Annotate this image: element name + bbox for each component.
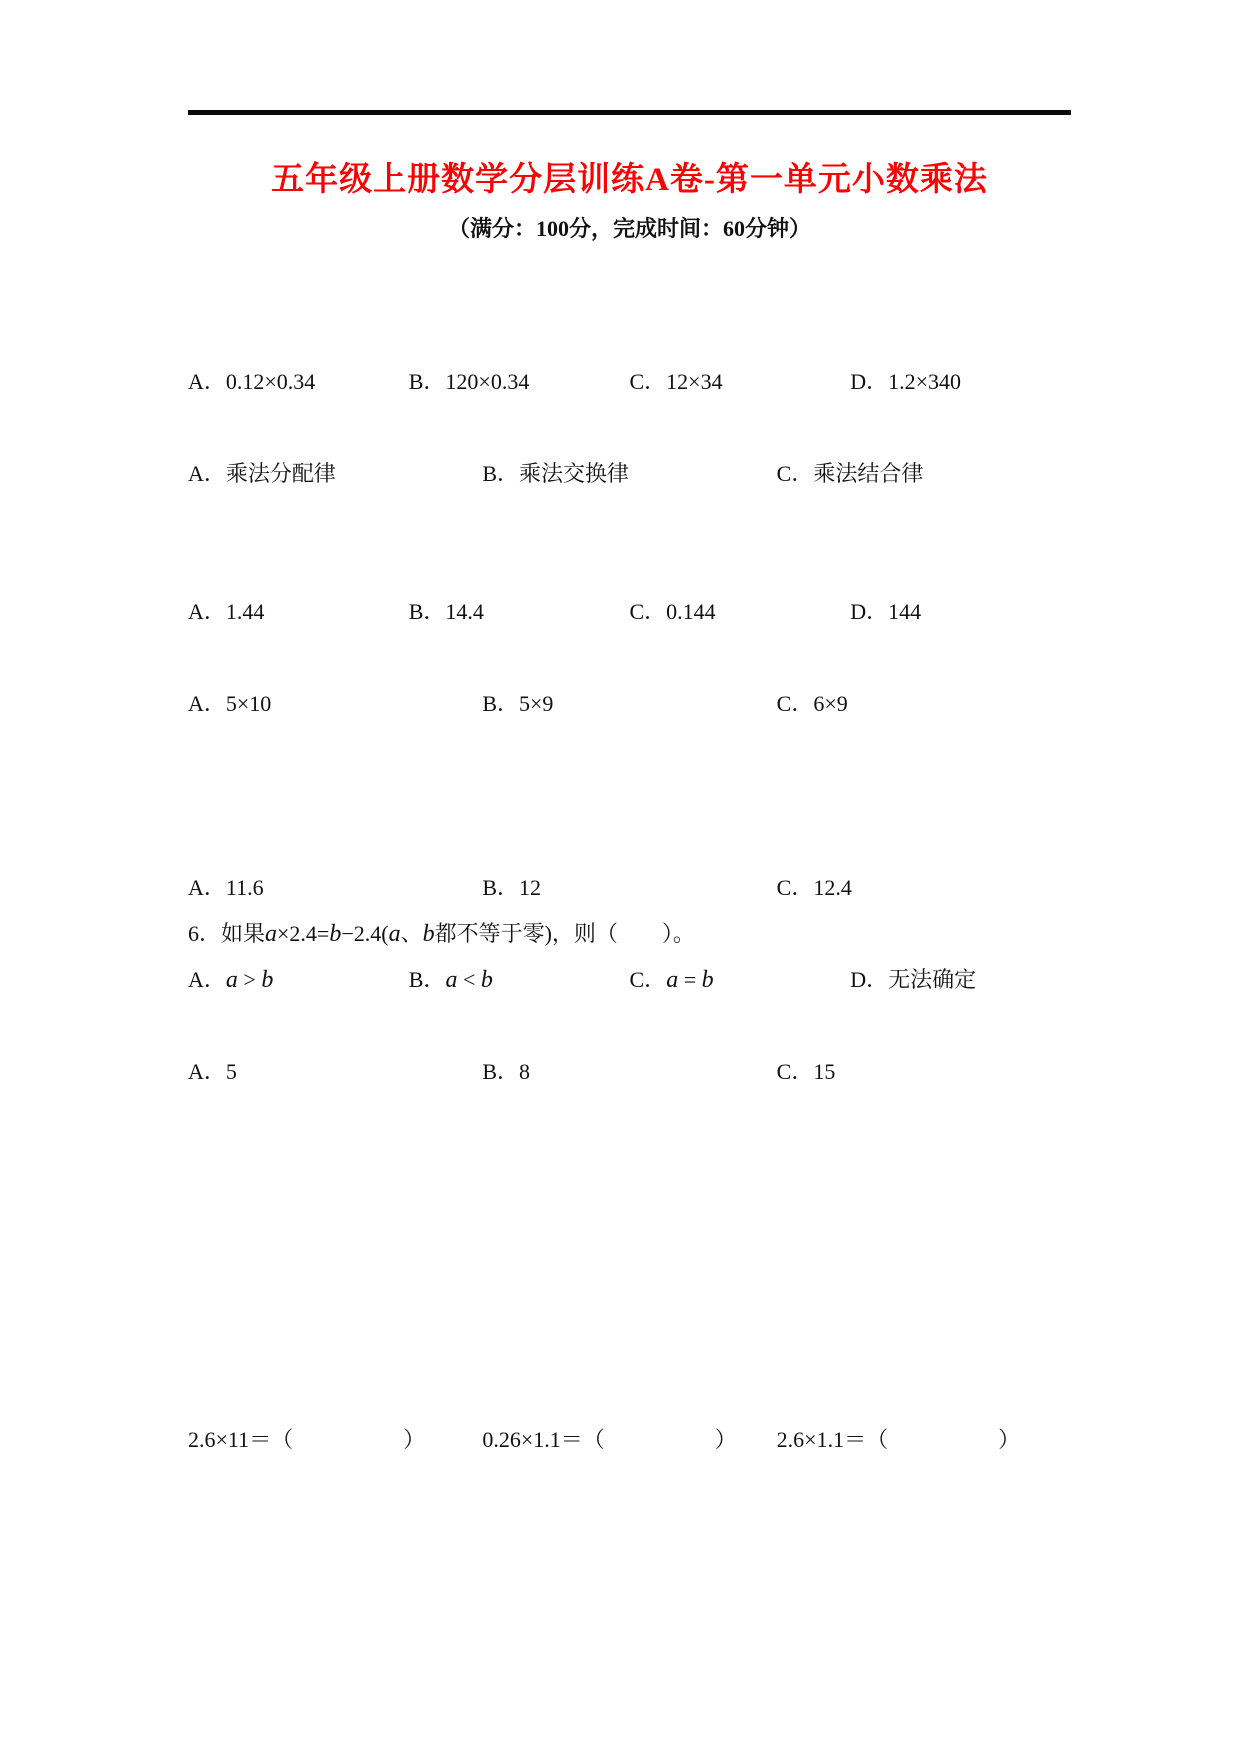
question-5-options: A．11.6B．12C．12.4 [188, 865, 1071, 911]
option-item: B．14.4 [409, 589, 630, 635]
document-body: A．0.12×0.34B．120×0.34C．12×34D．1.2×340A．乘… [188, 267, 1071, 1601]
option-item: C．6×9 [777, 681, 1071, 727]
text-run: 都不等于零)，则（ ）。 [435, 921, 695, 946]
option-item: C．乘法结合律 [777, 451, 1071, 497]
option-item: 2.6×1.1＝（ ） [777, 1417, 1071, 1463]
question-4-options: A．5×10B．5×9C．6×9 [188, 681, 1071, 727]
question-6: 6．如果a×2.4=b−2.4(a、b都不等于零)，则（ ）。 [188, 911, 1071, 957]
option-item: 0.26×1.1＝（ ） [482, 1417, 776, 1463]
text-run: < [457, 967, 480, 992]
question-10-line-2 [188, 1325, 1071, 1371]
math-variable: b [261, 967, 273, 993]
option-item: B．a < b [409, 957, 630, 1003]
math-variable: a [226, 967, 238, 993]
question-5-line-1 [188, 727, 1071, 773]
question-7-options: A．5B．8C．15 [188, 1049, 1071, 1095]
option-item: D．144 [850, 589, 1071, 635]
option-item: B．12 [482, 865, 776, 911]
question-11-answers: 2.6×11＝（ ）0.26×1.1＝（ ）2.6×1.1＝（ ） [188, 1417, 1071, 1463]
question-3-line-1 [188, 497, 1071, 543]
option-item: A．11.6 [188, 865, 482, 911]
question-10-line-1 [188, 1279, 1071, 1325]
text-run: > [238, 967, 261, 992]
option-item: B．120×0.34 [409, 359, 630, 405]
option-item: B．乘法交换律 [482, 451, 776, 497]
question-2 [188, 405, 1071, 451]
option-item: A．5×10 [188, 681, 482, 727]
question-7 [188, 1003, 1071, 1049]
option-item: C．12.4 [777, 865, 1071, 911]
text-run: = [678, 967, 701, 992]
page-title: 五年级上册数学分层训练A卷-第一单元小数乘法 [188, 160, 1071, 200]
question-8 [188, 1141, 1071, 1187]
option-item: C．a = b [630, 957, 851, 1003]
question-11 [188, 1371, 1071, 1417]
math-variable: b [702, 967, 714, 993]
math-variable: b [329, 921, 341, 947]
option-item: B．5×9 [482, 681, 776, 727]
text-run: −2.4( [341, 921, 388, 946]
option-item: A．1.44 [188, 589, 409, 635]
question-4 [188, 635, 1071, 681]
option-item: A．0.12×0.34 [188, 359, 409, 405]
option-item: A．5 [188, 1049, 482, 1095]
question-13-line-1 [188, 1509, 1071, 1555]
question-5-line-2 [188, 773, 1071, 819]
section-2-heading [188, 1095, 1071, 1141]
question-5-line-3 [188, 819, 1071, 865]
section-1-heading [188, 267, 1071, 313]
question-9-line-2 [188, 1233, 1071, 1279]
option-item: C．15 [777, 1049, 1071, 1095]
math-variable: a [265, 921, 277, 947]
text-run: 、 [401, 921, 423, 946]
text-run: B． [409, 967, 446, 992]
question-6-options: A．a > bB．a < bC．a = bD．无法确定 [188, 957, 1071, 1003]
question-3-options: A．1.44B．14.4C．0.144D．144 [188, 589, 1071, 635]
question-1-options: A．0.12×0.34B．120×0.34C．12×34D．1.2×340 [188, 359, 1071, 405]
question-12 [188, 1463, 1071, 1509]
document-page: 五年级上册数学分层训练A卷-第一单元小数乘法 （满分：100分，完成时间：60分… [0, 0, 1241, 1754]
question-2-options: A．乘法分配律B．乘法交换律C．乘法结合律 [188, 451, 1071, 497]
math-variable: b [423, 921, 435, 947]
option-item: C．12×34 [630, 359, 851, 405]
option-item: B．8 [482, 1049, 776, 1095]
option-item: C．0.144 [630, 589, 851, 635]
question-9-line-1 [188, 1187, 1071, 1233]
option-item: D．1.2×340 [850, 359, 1071, 405]
header-rule [188, 110, 1071, 115]
text-run: C． [630, 967, 667, 992]
math-variable: b [481, 967, 493, 993]
question-1 [188, 313, 1071, 359]
text-run: 6．如果 [188, 921, 265, 946]
text-run: ×2.4= [277, 921, 329, 946]
question-13-line-2 [188, 1555, 1071, 1601]
option-item: A．a > b [188, 957, 409, 1003]
math-variable: a [389, 921, 401, 947]
text-run: A． [188, 967, 226, 992]
option-item: 2.6×11＝（ ） [188, 1417, 482, 1463]
question-3-line-2 [188, 543, 1071, 589]
page-subtitle: （满分：100分，完成时间：60分钟） [188, 214, 1071, 244]
math-variable: a [445, 967, 457, 993]
math-variable: a [666, 967, 678, 993]
option-item: D．无法确定 [850, 957, 1071, 1003]
option-item: A．乘法分配律 [188, 451, 482, 497]
